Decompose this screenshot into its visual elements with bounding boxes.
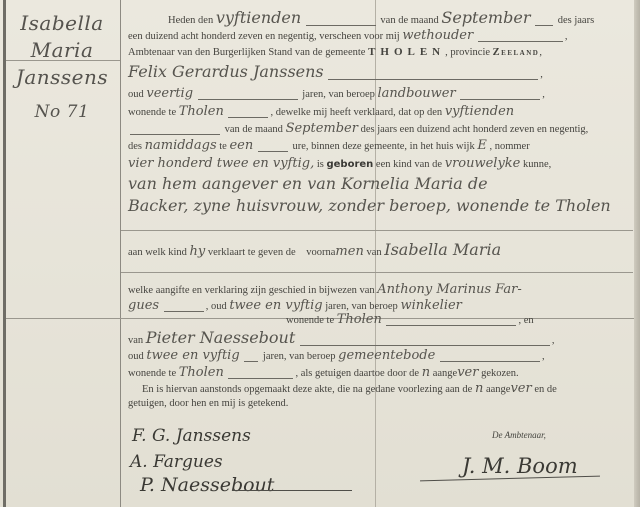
handwritten-month: September — [286, 121, 358, 136]
printed-text: des — [128, 141, 142, 152]
record-number: No 71 — [8, 99, 116, 126]
printed-text: des jaars een duizend acht honderd zeven… — [361, 124, 589, 135]
handwritten-residence-1: Tholen — [337, 312, 382, 327]
page-left-edge — [3, 0, 6, 507]
handwritten-suffix: ver — [457, 365, 478, 380]
handwritten-sex: vrouwelyke — [445, 156, 521, 171]
handwritten-given-names: Isabella Maria — [384, 240, 501, 259]
printed-text: van de maand — [225, 124, 283, 135]
printed-text: voorna — [306, 247, 335, 258]
fill-line — [306, 15, 376, 26]
printed-text: jaren, van beroep — [302, 89, 375, 100]
handwritten-mother-line: Backer, zyne huisvrouw, zonder beroep, w… — [128, 196, 611, 215]
handwritten-hour: een — [229, 138, 253, 153]
margin-annotation: Isabella Maria Janssens No 71 — [8, 10, 116, 126]
printed-text: , en — [518, 315, 533, 326]
handwritten-pronoun: hy — [190, 244, 206, 259]
fill-line — [228, 368, 293, 379]
handwritten-day: vyftienden — [216, 8, 301, 27]
handwritten-suffix: men — [335, 244, 363, 259]
printed-text: oud — [128, 89, 144, 100]
handwritten-suffix: n — [422, 365, 430, 380]
printed-text: van — [128, 335, 143, 346]
fill-line — [130, 124, 220, 135]
fill-line — [460, 89, 540, 100]
handwritten-age-2: twee en vyftig — [146, 348, 239, 363]
line-12: aan welk kind hy verklaart te geven de v… — [128, 240, 630, 260]
printed-text: ure, binnen deze gemeente, in het huis w… — [292, 141, 474, 152]
signature-declarant: F. G. Janssens — [132, 426, 251, 446]
signature-witness-1: A. Fargues — [130, 452, 223, 472]
printed-text: wonende te — [286, 315, 334, 326]
margin-name-1: Isabella — [8, 10, 116, 37]
printed-text: wonende te — [128, 368, 176, 379]
printed-text: gekozen. — [481, 368, 519, 379]
handwritten-mother-line: van hem aangever en van Kornelia Maria d… — [128, 174, 488, 193]
printed-text: getuigen, door hen en mij is getekend. — [128, 398, 288, 409]
printed-text: Ambtenaar van den Burgerlijken Stand van… — [128, 47, 365, 58]
page-right-edge — [634, 0, 640, 507]
signature-official: J. M. Boom — [462, 454, 578, 478]
printed-text: Heden den — [168, 15, 213, 26]
printed-text: aan welk kind — [128, 247, 187, 258]
printed-text: van — [366, 247, 381, 258]
handwritten-official-title: wethouder — [402, 28, 473, 43]
handwritten-occupation: landbouwer — [378, 86, 456, 101]
signature-underline — [232, 490, 352, 491]
line-5: oud veertig jaren, van beroep landbouwer… — [128, 84, 630, 104]
margin-name-2: Maria — [8, 37, 116, 64]
signature-witness-2: P. Naessebout — [140, 474, 274, 496]
province: Zeeland — [493, 47, 540, 58]
printed-text: , — [565, 31, 568, 42]
handwritten-ward: E — [477, 138, 487, 153]
fill-line — [244, 351, 258, 362]
handwritten-declarant: Felix Gerardus Janssens — [128, 62, 324, 81]
official-label: De Ambtenaar, — [492, 430, 546, 440]
printed-text: is — [317, 159, 324, 170]
handwritten-day: vyftienden — [445, 104, 514, 119]
printed-text: wonende te — [128, 107, 176, 118]
printed-born: geboren — [326, 159, 373, 170]
line-9: vier honderd twee en vyftig, is geboren … — [128, 154, 630, 174]
fill-line — [386, 315, 516, 326]
printed-text: oud — [128, 351, 144, 362]
municipality: THOLEN — [368, 46, 445, 58]
printed-text: , — [540, 69, 543, 80]
handwritten-house-number: vier honderd twee en vyftig, — [128, 156, 314, 171]
handwritten-residence-2: Tholen — [179, 365, 224, 380]
fill-line — [478, 31, 563, 42]
printed-text: , als getuigen daartoe door de — [295, 368, 419, 379]
line-15: wonende te Tholen , en — [128, 310, 630, 330]
handwritten-witness-1: Anthony Marinus Far- — [377, 282, 522, 297]
line-10: van hem aangever en van Kornelia Maria d… — [128, 174, 630, 194]
printed-text: , — [552, 335, 555, 346]
handwritten-month: September — [441, 8, 530, 27]
printed-text: , dewelke mij heeft verklaard, dat op de… — [270, 107, 442, 118]
fill-line — [440, 351, 540, 362]
line-8: des namiddags te een ure, binnen deze ge… — [128, 136, 630, 156]
birth-record-page: Isabella Maria Janssens No 71 Heden den … — [0, 0, 640, 507]
printed-text: verklaart te geven de — [208, 247, 296, 258]
printed-text: des jaars — [558, 15, 594, 26]
fill-line — [198, 89, 298, 100]
fill-line — [300, 335, 550, 346]
handwritten-witness-2: Pieter Naessebout — [146, 328, 296, 347]
line-20: getuigen, door hen en mij is getekend. — [128, 394, 630, 414]
printed-text: welke aangifte en verklaring zijn geschi… — [128, 285, 375, 296]
handwritten-residence: Tholen — [179, 104, 224, 119]
printed-text: kunne, — [523, 159, 551, 170]
printed-text: , provincie — [445, 47, 490, 58]
rule-line — [121, 230, 633, 231]
line-16: van Pieter Naessebout , — [128, 328, 630, 348]
margin-rule — [120, 0, 121, 507]
printed-text: te — [219, 141, 227, 152]
printed-text: een kind van de — [376, 159, 442, 170]
line-4: Felix Gerardus Janssens , — [128, 62, 630, 82]
fill-line — [228, 107, 268, 118]
printed-text: , nommer — [489, 141, 529, 152]
rule-line — [121, 272, 633, 273]
fill-line — [258, 141, 288, 152]
printed-text: jaren, van beroep — [263, 351, 336, 362]
printed-text: een duizend acht honderd zeven en negent… — [128, 31, 400, 42]
printed-text: , — [539, 47, 542, 58]
line-11: Backer, zyne huisvrouw, zonder beroep, w… — [128, 196, 630, 216]
printed-text: van de maand — [380, 15, 438, 26]
fill-line — [535, 15, 553, 26]
line-1: Heden den vyftienden van de maand Septem… — [128, 8, 630, 28]
handwritten-occupation-2: gemeentebode — [338, 348, 435, 363]
handwritten-age: veertig — [146, 86, 193, 101]
handwritten-time: namiddags — [145, 138, 217, 153]
fill-line — [328, 69, 538, 80]
printed-text: , — [542, 351, 545, 362]
margin-name-3: Janssens — [8, 64, 116, 91]
line-3: Ambtenaar van den Burgerlijken Stand van… — [128, 42, 630, 62]
printed-text: aange — [433, 368, 457, 379]
printed-text: , — [542, 89, 545, 100]
